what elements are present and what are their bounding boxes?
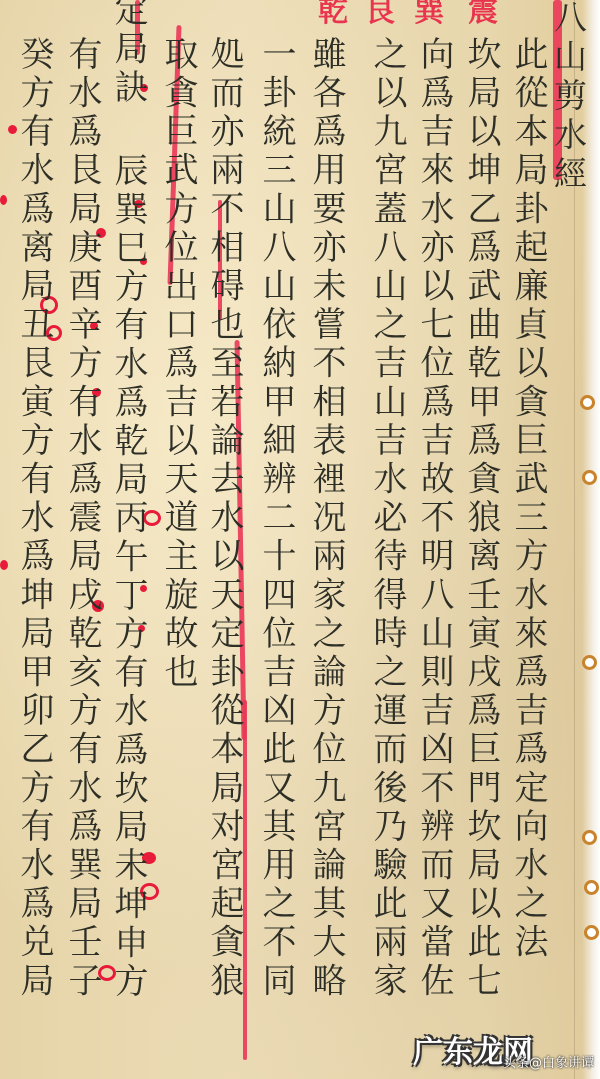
text-column-9: 定局訣 辰巽巳方有水爲乾局丙午丁方有水爲坎局未坤申方 [108,0,148,1002]
text-column-2: 坎局以坤乙爲武曲乾甲爲貪狼离壬寅戌爲巨門坎局以此七 [461,36,501,1001]
binding-hole [582,470,597,485]
binding-hole [582,655,597,670]
binding-hole [584,925,599,940]
text-column-11: 癸方有水爲离局丑艮寅方有水爲坤局甲卯乙方有水爲兑局 [14,36,54,1001]
text-column-5: 雖各爲用要亦未嘗不相表裡况兩家之論方位九宮論其大略 [306,36,346,1001]
binding-hole [582,830,597,845]
text-column-7: 処而亦兩不相碍也至若論去水以天定卦從本局对宮起貪狼 [204,36,244,1001]
binding-hole [580,395,595,410]
watermark-credit: 头条@白象讲谭 [503,1052,594,1071]
manuscript-page: 震 巽 艮 乾 八山剪水經 此從本局卦起廉貞以貪巨武三方水來爲吉爲定向水之法 坎… [0,0,600,1079]
red-dot [0,195,7,205]
text-column-4: 之以九宮蓋八山之吉山吉水必待得時之運而後乃驗此兩家 [367,36,407,1001]
binding-hole [584,880,599,895]
red-dot [0,560,8,570]
text-column-3: 向爲吉來水亦以七位爲吉故不明八山則吉凶不辨而又當佐 [414,36,454,1001]
text-column-8: 取貪巨武方位出口爲吉以天道主旋故也 [158,36,198,692]
red-header-qian: 乾 [318,0,348,30]
text-column-1: 此從本局卦起廉貞以貪巨武三方水來爲吉爲定向水之法 [508,36,548,962]
red-header-gen: 艮 [365,0,395,30]
text-column-6: 一卦統三山八山依納甲細辨二十四位吉凶此又其用之不同 [256,36,296,1001]
red-header-zhen: 震 [468,0,498,30]
text-column-10: 有水爲艮局庚酉辛方有水爲震局戌乾亥方有水爲巽局壬子 [62,36,102,1001]
title-column: 八山剪水經 [548,0,588,195]
watermark: 广东龙网 头条@白象讲谭 [413,1027,594,1071]
red-header-xun: 巽 [414,0,444,30]
